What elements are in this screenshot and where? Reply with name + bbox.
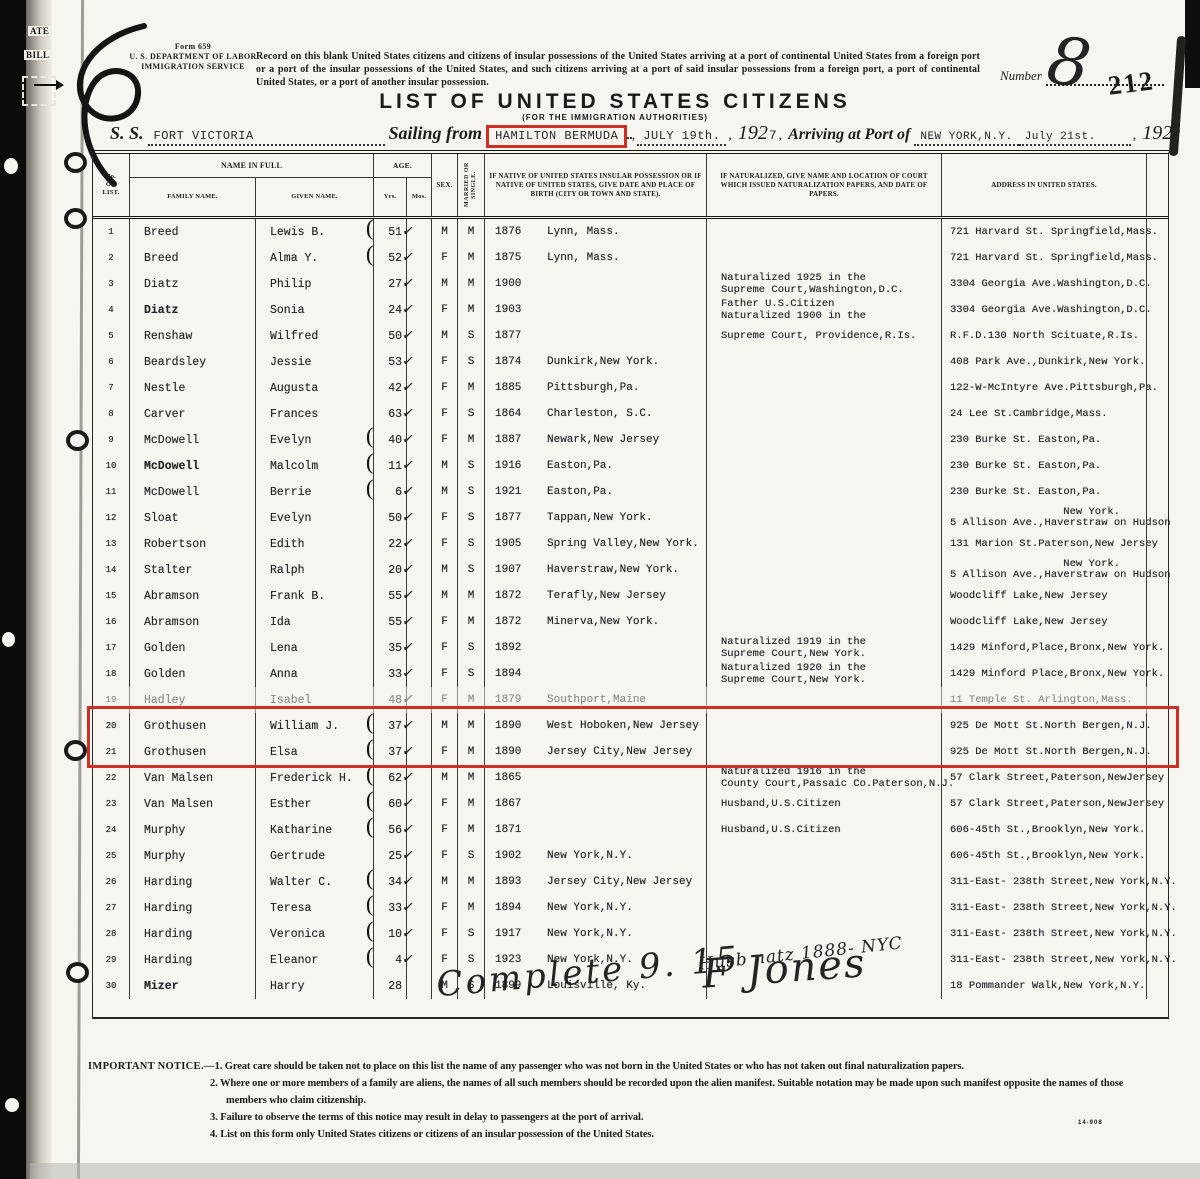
brace-mark: ( — [366, 943, 373, 969]
family-name: Breed — [129, 245, 255, 271]
spare-cell — [1146, 687, 1166, 713]
naturalization-info — [706, 375, 941, 401]
marital-status-value: M — [457, 375, 484, 401]
sex-value: M — [431, 765, 457, 791]
spare-cell — [1146, 427, 1166, 453]
brace-mark: ( — [366, 813, 373, 839]
handwritten-checkmark: ✓ — [402, 662, 415, 684]
spare-cell — [1146, 973, 1166, 999]
age-months — [406, 973, 431, 999]
sex-value: M — [431, 219, 457, 245]
address-info: R.F.D.130 North Scituate,R.Is. — [941, 323, 1146, 349]
spare-cell — [1146, 375, 1166, 401]
age-months: ✓ — [406, 713, 431, 739]
sex-value: F — [431, 791, 457, 817]
handwritten-checkmark: ✓ — [402, 766, 415, 788]
family-name: McDowell — [129, 479, 255, 505]
naturalization-info: Father U.S.CitizenNaturalized 1900 in th… — [706, 297, 941, 323]
age-months: ✓ — [406, 661, 431, 687]
sex-value: M — [431, 323, 457, 349]
birth-info: 1905Spring Valley,New York. — [484, 531, 706, 557]
sex-value: M — [431, 583, 457, 609]
marital-status-value: M — [457, 817, 484, 843]
marital-status-value: S — [457, 453, 484, 479]
address-info: 311-East- 238th Street,New York,N.Y. — [941, 869, 1146, 895]
given-name: Eleanor — [255, 947, 373, 973]
handwritten-checkmark: ✓ — [402, 376, 415, 398]
family-name: Abramson — [129, 583, 255, 609]
family-name: Van Malsen — [129, 791, 255, 817]
handwritten-checkmark: ✓ — [402, 610, 415, 632]
handwritten-checkmark: ✓ — [402, 896, 415, 918]
spare-cell — [1146, 479, 1166, 505]
birth-info: 1877 — [484, 323, 706, 349]
family-name: Golden — [129, 661, 255, 687]
age-months: ✓ — [406, 895, 431, 921]
table-row: 17GoldenLena35✓FS1892Naturalized 1919 in… — [93, 635, 1168, 661]
marital-status-value: M — [457, 713, 484, 739]
sex-value: F — [431, 609, 457, 635]
given-name: Evelyn — [255, 505, 373, 531]
family-name: Harding — [129, 921, 255, 947]
marital-status-value: M — [457, 219, 484, 245]
header-sex: SEX. — [431, 154, 457, 216]
marital-status-value: S — [457, 479, 484, 505]
sex-value: F — [431, 661, 457, 687]
notice-label: IMPORTANT NOTICE.— — [88, 1061, 215, 1072]
spare-cell — [1146, 505, 1166, 531]
given-name: Augusta — [255, 375, 373, 401]
header-no-line: ON — [106, 181, 116, 189]
family-name: McDowell — [129, 453, 255, 479]
marital-status-value: S — [457, 349, 484, 375]
marital-status-value: S — [457, 323, 484, 349]
spare-cell — [1146, 219, 1166, 245]
important-notice: IMPORTANT NOTICE.—1. Great care should b… — [88, 1058, 1150, 1143]
table-row: 15AbramsonFrank B.55✓MM1872Terafly,New J… — [93, 583, 1168, 609]
marital-status-value: M — [457, 895, 484, 921]
address-info: 24 Lee St.Cambridge,Mass. — [941, 401, 1146, 427]
address-info: 408 Park Ave.,Dunkirk,New York. — [941, 349, 1146, 375]
address-info: Woodcliff Lake,New Jersey — [941, 583, 1146, 609]
family-name: Breed — [129, 219, 255, 245]
age-months: ✓ — [406, 219, 431, 245]
age-months: ✓ — [406, 609, 431, 635]
spare-cell — [1146, 453, 1166, 479]
given-name: Berrie — [255, 479, 373, 505]
marital-status-value: M — [457, 869, 484, 895]
handwritten-checkmark: ✓ — [402, 454, 415, 476]
handwritten-checkmark: ✓ — [402, 714, 415, 736]
handwritten-checkmark: ✓ — [402, 298, 415, 320]
address-info: 311-East- 238th Street,New York,N.Y. — [941, 921, 1146, 947]
header-birth-info: IF NATIVE OF UNITED STATES INSULAR POSSE… — [484, 154, 706, 216]
agency-name: U. S. DEPARTMENT OF LABOR — [118, 52, 268, 62]
ss-label: S. S. — [106, 123, 148, 144]
edge-text-fragment: ATE — [28, 26, 51, 36]
row-number: 9 — [93, 427, 129, 453]
handwritten-checkmark: ✓ — [402, 350, 415, 372]
given-name: Ralph — [255, 557, 373, 583]
brace-mark: ( — [366, 865, 373, 891]
handwritten-checkmark: ✓ — [402, 480, 415, 502]
sex-value: M — [431, 453, 457, 479]
family-name: Grothusen — [129, 739, 255, 765]
sex-value: M — [431, 557, 457, 583]
voyage-line: S. S. FORT VICTORIA Sailing from HAMILTO… — [106, 122, 1181, 148]
given-name: Jessie — [255, 349, 373, 375]
birth-info: 1885Pittsburgh,Pa. — [484, 375, 706, 401]
address-info: 57 Clark Street,Paterson,NewJersey — [941, 765, 1146, 791]
punch-hole — [66, 430, 89, 451]
row-number: 30 — [93, 973, 129, 999]
table-row: 19HadleyIsabel48✓FM1879Southport,Maine11… — [93, 687, 1168, 713]
comma: , — [777, 128, 785, 144]
marital-status-value: S — [457, 843, 484, 869]
header-address: ADDRESS IN UNITED STATES. — [941, 154, 1146, 216]
header-age-years: Yrs. — [373, 178, 406, 216]
handwritten-checkmark: ✓ — [402, 948, 415, 970]
given-name: Lena — [255, 635, 373, 661]
given-name: Harry — [255, 973, 373, 999]
address-info: 3304 Georgia Ave.Washington,D.C. — [941, 271, 1146, 297]
naturalization-info: Supreme Court, Providence,R.Is. — [706, 323, 941, 349]
spare-cell — [1146, 765, 1166, 791]
spare-cell — [1146, 661, 1166, 687]
given-name: Walter C. — [255, 869, 373, 895]
handwritten-checkmark: ✓ — [402, 584, 415, 606]
row-number: 23 — [93, 791, 129, 817]
brace-mark: ( — [366, 735, 373, 761]
torn-paper-edge — [26, 0, 52, 1179]
sex-value: F — [431, 817, 457, 843]
family-name: Hadley — [129, 687, 255, 713]
table-row: 10McDowellMalcolm(11✓MS1916Easton,Pa.230… — [93, 453, 1168, 479]
sex-value: F — [431, 531, 457, 557]
birth-info: 1877Tappan,New York. — [484, 505, 706, 531]
notice-item-3: 3. Failure to observe the terms of this … — [210, 1109, 1150, 1126]
year-typed-digit: 7 — [769, 128, 777, 143]
print-code: 14-908 — [1078, 1120, 1103, 1126]
scan-bottom-shade — [30, 1163, 1200, 1179]
marital-status-value: S — [457, 401, 484, 427]
address-info: 606-45th St.,Brooklyn,New York. — [941, 843, 1146, 869]
naturalization-info — [706, 349, 941, 375]
spare-cell — [1146, 583, 1166, 609]
address-info: 57 Clark Street,Paterson,NewJersey — [941, 791, 1146, 817]
table-row: 4DiatzSonia24✓FM1903Father U.S.CitizenNa… — [93, 297, 1168, 323]
year-printed: 192 — [1138, 122, 1173, 145]
table-row: 9McDowellEvelyn(40✓FM1887Newark,New Jers… — [93, 427, 1168, 453]
row-number: 16 — [93, 609, 129, 635]
given-name: Malcolm — [255, 453, 373, 479]
naturalization-info: Naturalized 1920 in theSupreme Court,New… — [706, 661, 941, 687]
table-row: 12SloatEvelyn50✓FS1877Tappan,New York.Ne… — [93, 505, 1168, 531]
birth-info: 1907Haverstraw,New York. — [484, 557, 706, 583]
sex-value: F — [431, 427, 457, 453]
row-number: 17 — [93, 635, 129, 661]
marital-status-value: M — [457, 271, 484, 297]
marital-status-value: M — [457, 687, 484, 713]
address-info: 606-45th St.,Brooklyn,New York. — [941, 817, 1146, 843]
birth-info: 1893Jersey City,New Jersey — [484, 869, 706, 895]
notice-item-1: 1. Great care should be taken not to pla… — [215, 1061, 964, 1072]
table-row: 20GrothusenWilliam J.(37✓MM1890West Hobo… — [93, 713, 1168, 739]
given-name: Gertrude — [255, 843, 373, 869]
handwritten-checkmark: ✓ — [402, 402, 415, 424]
table-header: No. ON LIST. NAME IN FULL FAMILY NAME. G… — [93, 154, 1168, 219]
family-name: Diatz — [129, 271, 255, 297]
birth-info: 1865 — [484, 765, 706, 791]
brace-mark: ( — [366, 709, 373, 735]
row-number: 20 — [93, 713, 129, 739]
table-row: 22Van MalsenFrederick H.(62✓MM1865Natura… — [93, 765, 1168, 791]
naturalization-info — [706, 245, 941, 271]
row-number: 3 — [93, 271, 129, 297]
marital-status-value: M — [457, 739, 484, 765]
spare-cell — [1146, 557, 1166, 583]
comma: , — [1131, 128, 1139, 144]
handwritten-checkmark: ✓ — [402, 688, 415, 710]
family-name: Diatz — [129, 297, 255, 323]
scan-edge-strip — [0, 0, 26, 1179]
address-info: 18 Pommander Walk,New York,N.Y. — [941, 973, 1146, 999]
sex-value: F — [431, 921, 457, 947]
scan-blob — [2, 632, 15, 647]
row-number: 19 — [93, 687, 129, 713]
page-title: LIST OF UNITED STATES CITIZENS — [300, 90, 930, 114]
given-name: Sonia — [255, 297, 373, 323]
table-row: 8CarverFrances63✓FS1864Charleston, S.C.2… — [93, 401, 1168, 427]
age-months: ✓ — [406, 583, 431, 609]
handwritten-checkmark: ✓ — [402, 558, 415, 580]
form-identifier: Form 659 U. S. DEPARTMENT OF LABOR IMMIG… — [118, 42, 268, 72]
spare-cell — [1146, 817, 1166, 843]
address-info: 721 Harvard St. Springfield,Mass. — [941, 245, 1146, 271]
birth-info: 1890West Hoboken,New Jersey — [484, 713, 706, 739]
birth-info: 1892 — [484, 635, 706, 661]
sex-value: M — [431, 713, 457, 739]
brace-mark: ( — [366, 475, 373, 501]
handwritten-checkmark: ✓ — [402, 740, 415, 762]
table-row: 28HardingVeronica(10✓FS1917New York,N.Y.… — [93, 921, 1168, 947]
form-number: Form 659 — [118, 42, 268, 52]
punch-hole — [64, 208, 87, 229]
handwritten-checkmark: ✓ — [402, 220, 415, 242]
age-months: ✓ — [406, 349, 431, 375]
spare-cell — [1146, 791, 1166, 817]
notice-line-1: IMPORTANT NOTICE.—1. Great care should b… — [88, 1058, 1150, 1075]
given-name: Alma Y. — [255, 245, 373, 271]
marital-status-value: S — [457, 921, 484, 947]
given-name: Frank B. — [255, 583, 373, 609]
row-number: 28 — [93, 921, 129, 947]
given-name: Esther — [255, 791, 373, 817]
brace-mark: ( — [366, 787, 373, 813]
naturalization-info: Husband,U.S.Citizen — [706, 791, 941, 817]
sex-value: F — [431, 895, 457, 921]
birth-info: 1921Easton,Pa. — [484, 479, 706, 505]
table-row: 1BreedLewis B.(51✓MM1876Lynn, Mass.721 H… — [93, 219, 1168, 245]
naturalization-info — [706, 219, 941, 245]
given-name: Wilfred — [255, 323, 373, 349]
handwritten-checkmark: ✓ — [402, 532, 415, 554]
address-info: 131 Marion St.Paterson,New Jersey — [941, 531, 1146, 557]
header-age: AGE. — [373, 154, 431, 178]
marital-status-value: M — [457, 791, 484, 817]
spare-cell — [1146, 869, 1166, 895]
naturalization-info — [706, 531, 941, 557]
age-months: ✓ — [406, 557, 431, 583]
row-number: 10 — [93, 453, 129, 479]
spare-cell — [1146, 713, 1166, 739]
table-row: 13RobertsonEdith22✓FS1905Spring Valley,N… — [93, 531, 1168, 557]
address-info: New York.5 Allison Ave.,Haverstraw on Hu… — [941, 505, 1146, 531]
birth-info: 1879Southport,Maine — [484, 687, 706, 713]
form-instructions: Record on this blank United States citiz… — [256, 50, 980, 89]
address-info: 1429 Minford,Place,Bronx,New York. — [941, 635, 1146, 661]
edge-dashed-box — [22, 76, 56, 106]
page-subtitle: (FOR THE IMMIGRATION AUTHORITIES) — [300, 113, 930, 122]
number-label: Number — [1000, 68, 1042, 84]
family-name: Van Malsen — [129, 765, 255, 791]
header-no: No. ON LIST. — [93, 154, 129, 216]
header-name-in-full: NAME IN FULL — [129, 154, 373, 178]
sex-value: F — [431, 739, 457, 765]
age-months: ✓ — [406, 947, 431, 973]
naturalization-info — [706, 739, 941, 765]
row-number: 29 — [93, 947, 129, 973]
marital-status-value: S — [457, 505, 484, 531]
age-months: ✓ — [406, 401, 431, 427]
handwritten-checkmark: ✓ — [402, 428, 415, 450]
spare-cell — [1146, 895, 1166, 921]
handwritten-checkmark: ✓ — [402, 922, 415, 944]
passenger-table: No. ON LIST. NAME IN FULL FAMILY NAME. G… — [92, 150, 1169, 1019]
handwritten-checkmark: ✓ — [402, 246, 415, 268]
header-family-name: FAMILY NAME. — [129, 178, 255, 216]
sex-value: F — [431, 843, 457, 869]
naturalization-info — [706, 843, 941, 869]
sex-value: M — [431, 271, 457, 297]
age-months: ✓ — [406, 739, 431, 765]
marital-status-value: S — [457, 661, 484, 687]
age-months: ✓ — [406, 505, 431, 531]
given-name: Frances — [255, 401, 373, 427]
family-name: Harding — [129, 869, 255, 895]
age-years: 28 — [373, 973, 406, 999]
row-number: 4 — [93, 297, 129, 323]
spare-cell — [1146, 245, 1166, 271]
family-name: Renshaw — [129, 323, 255, 349]
birth-info: 1900 — [484, 271, 706, 297]
birth-info: 1875Lynn, Mass. — [484, 245, 706, 271]
row-number: 24 — [93, 817, 129, 843]
table-row: 3DiatzPhilip27✓MM1900Naturalized 1925 in… — [93, 271, 1168, 297]
marital-status-value: M — [457, 245, 484, 271]
marital-status-value: M — [457, 297, 484, 323]
sex-value: F — [431, 349, 457, 375]
family-name: Stalter — [129, 557, 255, 583]
naturalization-info — [706, 453, 941, 479]
handwritten-checkmark: ✓ — [402, 506, 415, 528]
arriving-label: Arriving at Port of — [784, 126, 914, 144]
spare-cell — [1146, 323, 1166, 349]
birth-info: 1874Dunkirk,New York. — [484, 349, 706, 375]
family-name: Harding — [129, 947, 255, 973]
sex-value: F — [431, 375, 457, 401]
age-months: ✓ — [406, 479, 431, 505]
sailing-date: JULY 19th. — [637, 129, 726, 146]
birth-info: 1890Jersey City,New Jersey — [484, 739, 706, 765]
naturalization-info — [706, 687, 941, 713]
age-months: ✓ — [406, 375, 431, 401]
address-info: 925 De Mott St.North Bergen,N.J. — [941, 713, 1146, 739]
age-months: ✓ — [406, 921, 431, 947]
row-number: 5 — [93, 323, 129, 349]
arrival-date: July 21st. — [1019, 131, 1131, 146]
family-name: Grothusen — [129, 713, 255, 739]
comma: , — [630, 128, 638, 144]
sex-value: F — [431, 245, 457, 271]
birth-info: 1894 — [484, 661, 706, 687]
birth-info: 1872Terafly,New Jersey — [484, 583, 706, 609]
address-info: 925 De Mott St.North Bergen,N.J. — [941, 739, 1146, 765]
age-months: ✓ — [406, 791, 431, 817]
given-name: Teresa — [255, 895, 373, 921]
naturalization-info — [706, 427, 941, 453]
given-name: Edith — [255, 531, 373, 557]
birth-info: 1917New York,N.Y. — [484, 921, 706, 947]
marital-status-value: M — [457, 765, 484, 791]
age-months: ✓ — [406, 427, 431, 453]
family-name: Murphy — [129, 843, 255, 869]
agency-service: IMMIGRATION SERVICE — [118, 62, 268, 72]
brace-mark: ( — [366, 761, 373, 787]
spare-cell — [1146, 947, 1166, 973]
address-info: 721 Harvard St. Springfield,Mass. — [941, 219, 1146, 245]
table-row: 24MurphyKatharine(56✓FM1871Husband,U.S.C… — [93, 817, 1168, 843]
address-info: 1429 Minford Place,Bronx,New York. — [941, 661, 1146, 687]
notice-item-2: 2. Where one or more members of a family… — [210, 1075, 1150, 1109]
address-info: Woodcliff Lake,New Jersey — [941, 609, 1146, 635]
age-months: ✓ — [406, 843, 431, 869]
given-name: Veronica — [255, 921, 373, 947]
row-number: 14 — [93, 557, 129, 583]
birth-info: 1871 — [484, 817, 706, 843]
table-body: 1BreedLewis B.(51✓MM1876Lynn, Mass.721 H… — [93, 219, 1168, 1017]
address-info: 11 Temple St. Arlington,Mass. — [941, 687, 1146, 713]
spare-cell — [1146, 401, 1166, 427]
birth-info: 1902New York,N.Y. — [484, 843, 706, 869]
scan-corner-mark — [1185, 0, 1200, 88]
naturalization-info: Naturalized 1916 in theCounty Court,Pass… — [706, 765, 941, 791]
spare-cell — [1146, 271, 1166, 297]
table-row: 5RenshawWilfred50✓MS1877Supreme Court, P… — [93, 323, 1168, 349]
spare-cell — [1146, 609, 1166, 635]
sailing-from-label: Sailing from — [385, 123, 487, 144]
naturalization-info — [706, 609, 941, 635]
sailing-port-highlighted: HAMILTON BERMUDA — [486, 125, 627, 148]
vessel-name: FORT VICTORIA — [148, 129, 385, 146]
given-name: Frederick H. — [255, 765, 373, 791]
row-number: 1 — [93, 219, 129, 245]
address-info: 311-East- 238th Street,New York,N.Y. — [941, 947, 1146, 973]
sex-value: M — [431, 479, 457, 505]
address-info: 230 Burke St. Easton,Pa. — [941, 453, 1146, 479]
birth-info: 1867 — [484, 791, 706, 817]
row-number: 27 — [93, 895, 129, 921]
